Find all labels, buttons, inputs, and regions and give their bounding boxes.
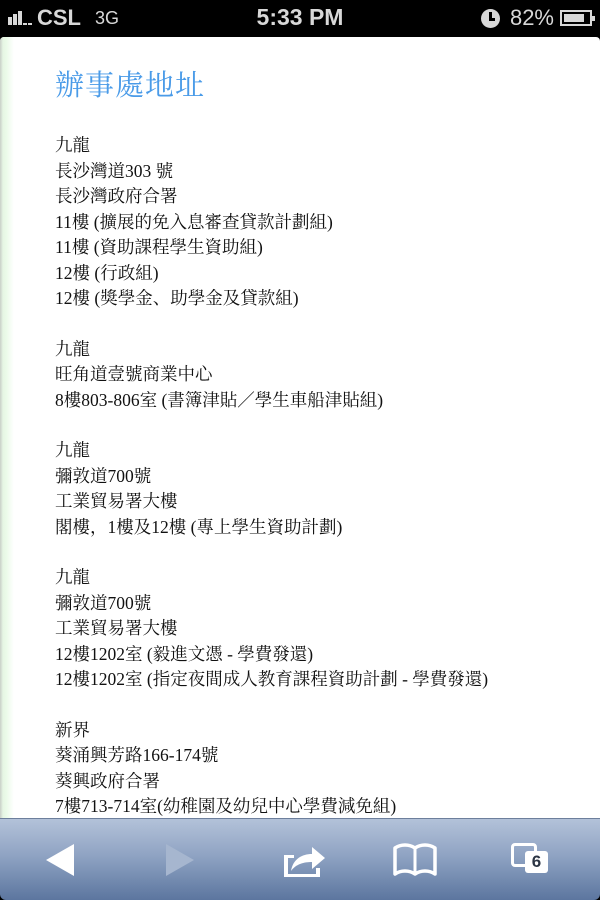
battery-icon [560,10,592,26]
address-block-4: 九龍 彌敦道700號 工業貿易署大樓 12樓1202室 (毅進文憑 - 學費發還… [55,565,595,693]
address-line: 旺角道壹號商業中心 [55,362,595,388]
address-line: 葵興政府合署 [55,769,595,795]
forward-button[interactable] [150,837,210,883]
address-line: 11樓 (資助課程學生資助組) [55,235,595,261]
address-line: 12樓1202室 (毅進文憑 - 學費發還) [55,642,595,668]
bookmarks-book-icon [391,840,439,880]
share-button[interactable] [274,837,334,883]
back-button[interactable] [30,837,90,883]
forward-arrow-icon [162,841,198,879]
address-line: 新界 [55,718,595,744]
share-icon [280,839,328,881]
address-line: 葵涌興芳路166-174號 [55,743,595,769]
address-line: 彌敦道700號 [55,591,595,617]
address-line: 閣樓，1樓及12樓 (專上學生資助計劃) [55,515,595,541]
address-line: 九龍 [55,133,595,159]
address-line: 彌敦道700號 [55,464,595,490]
battery-percent: 82% [510,5,554,31]
address-line: 九龍 [55,565,595,591]
alarm-clock-icon [481,9,500,28]
address-block-1: 九龍 長沙灣道303 號 長沙灣政府合署 11樓 (擴展的免入息審查貸款計劃組)… [55,133,595,312]
address-list: 九龍 長沙灣道303 號 長沙灣政府合署 11樓 (擴展的免入息審查貸款計劃組)… [55,133,595,818]
address-line: 12樓1202室 (指定夜間成人教育課程資助計劃 - 學費發還) [55,667,595,693]
page-title: 辦事處地址 [55,63,205,104]
browser-toolbar: 6 [0,818,600,900]
tabs-button[interactable]: 6 [505,837,555,883]
page-left-edge [0,37,14,818]
tabs-pages-icon: 6 [505,837,555,883]
address-block-3: 九龍 彌敦道700號 工業貿易署大樓 閣樓，1樓及12樓 (專上學生資助計劃) [55,438,595,540]
address-line: 工業貿易署大樓 [55,489,595,515]
address-line: 工業貿易署大樓 [55,616,595,642]
address-block-2: 九龍 旺角道壹號商業中心 8樓803-806室 (書簿津貼／學生車船津貼組) [55,337,595,414]
address-block-5: 新界 葵涌興芳路166-174號 葵興政府合署 7樓713-714室(幼稚園及幼… [55,718,595,819]
bookmarks-button[interactable] [385,837,445,883]
tab-count-badge: 6 [525,851,548,873]
address-line: 8樓803-806室 (書簿津貼／學生車船津貼組) [55,388,595,414]
address-line: 7樓713-714室(幼稚園及幼兒中心學費減免組) [55,794,595,818]
status-bar: CSL 3G 5:33 PM 82% [0,0,600,37]
web-page-content[interactable]: 辦事處地址 九龍 長沙灣道303 號 長沙灣政府合署 11樓 (擴展的免入息審查… [0,37,600,818]
address-line: 長沙灣道303 號 [55,159,595,185]
address-line: 12樓 (獎學金、助學金及貸款組) [55,286,595,312]
address-line: 12樓 (行政組) [55,261,595,287]
status-right: 82% [481,5,592,31]
address-line: 九龍 [55,337,595,363]
address-line: 九龍 [55,438,595,464]
address-line: 11樓 (擴展的免入息審查貸款計劃組) [55,210,595,236]
back-arrow-icon [42,841,78,879]
address-line: 長沙灣政府合署 [55,184,595,210]
